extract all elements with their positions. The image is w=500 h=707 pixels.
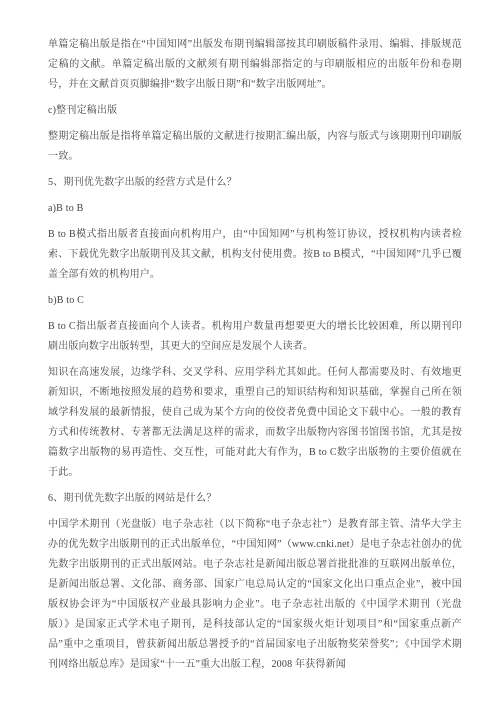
- paragraph-knowledge-development: 知识在高速发展，边缘学科、交叉学科、应用学科尤其如此。任何人都需要及时、有效地更…: [48, 363, 462, 483]
- paragraph-cnki-website: 中国学术期刊（光盘版）电子杂志社（以下简称“电子杂志社”）是教育部主管、清华大学…: [48, 515, 462, 675]
- paragraph-single-article-publishing: 单篇定稿出版是指在“中国知网”出版发布期刊编辑部按其印刷版稿件录用、编辑、排版规…: [48, 35, 462, 95]
- subheading-item-c: c)整刊定稿出版: [48, 101, 462, 121]
- paragraph-b-to-b-mode: B to B模式指出版者直接面向机构用户，由“中国知网”与机构签订协议，授权机构…: [48, 225, 462, 285]
- question-heading-6: 6、期刊优先数字出版的网站是什么？: [48, 489, 462, 509]
- paragraph-whole-issue-publishing: 整期定稿出版是指将单篇定稿出版的文献进行按期汇编出版，内容与版式与该期期刊印刷版…: [48, 127, 462, 167]
- question-heading-5: 5、期刊优先数字出版的经营方式是什么？: [48, 173, 462, 193]
- paragraph-b-to-c-mode: B to C指出版者直接面向个人读者。机构用户数量再想要更大的增长比较困难，所以…: [48, 317, 462, 357]
- subheading-item-a-b-to-b: a)B to B: [48, 199, 462, 219]
- document-page: 单篇定稿出版是指在“中国知网”出版发布期刊编辑部按其印刷版稿件录用、编辑、排版规…: [0, 0, 500, 707]
- subheading-item-b-b-to-c: b)B to C: [48, 291, 462, 311]
